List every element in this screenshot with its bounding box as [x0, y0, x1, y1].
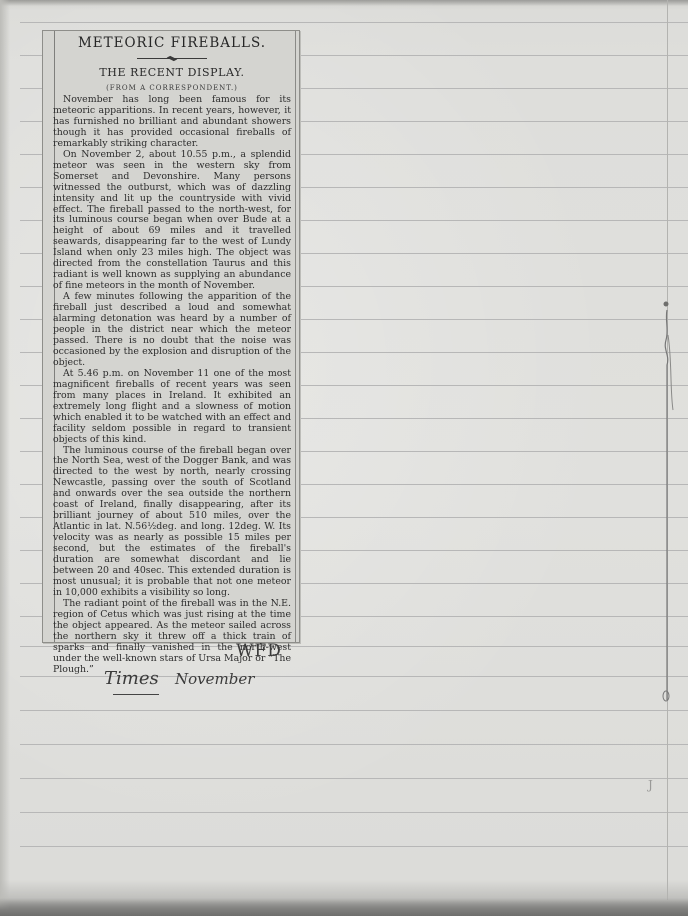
article-subheadline: THE RECENT DISPLAY.	[53, 66, 291, 79]
ruled-line	[20, 846, 688, 847]
pencil-mark: J	[648, 778, 653, 792]
article: METEORIC FIREBALLS. THE RECENT DISPLAY. …	[53, 31, 291, 676]
column-rule-right	[295, 31, 296, 642]
handwritten-month: November	[175, 670, 254, 688]
ornament-rule-icon	[137, 56, 207, 62]
ruled-line	[20, 778, 688, 779]
ruled-line	[20, 812, 688, 813]
article-paragraph: November has long been famous for its me…	[53, 95, 291, 150]
handwritten-underline	[113, 694, 159, 695]
page-bottom-edge	[0, 898, 688, 916]
article-paragraph: A few minutes following the apparition o…	[53, 292, 291, 369]
scrapbook-page: METEORIC FIREBALLS. THE RECENT DISPLAY. …	[0, 0, 688, 916]
article-headline: METEORIC FIREBALLS.	[53, 35, 291, 51]
article-paragraph: On November 2, about 10.55 p.m., a splen…	[53, 150, 291, 292]
page-left-edge	[0, 0, 10, 916]
newspaper-clipping: METEORIC FIREBALLS. THE RECENT DISPLAY. …	[42, 30, 300, 643]
article-byline: (FROM A CORRESPONDENT.)	[53, 84, 291, 92]
article-paragraph: The luminous course of the fireball bega…	[53, 446, 291, 599]
binding-thread-icon	[660, 300, 674, 720]
ruled-line	[20, 22, 688, 23]
article-paragraph: The radiant point of the fireball was in…	[53, 599, 291, 676]
ruled-line	[20, 710, 688, 711]
handwritten-initials: WFD	[236, 641, 282, 661]
article-paragraph: At 5.46 p.m. on November 11 one of the m…	[53, 369, 291, 446]
page-top-edge	[0, 0, 688, 6]
ruled-line	[20, 744, 688, 745]
handwritten-source: Times	[104, 668, 159, 689]
